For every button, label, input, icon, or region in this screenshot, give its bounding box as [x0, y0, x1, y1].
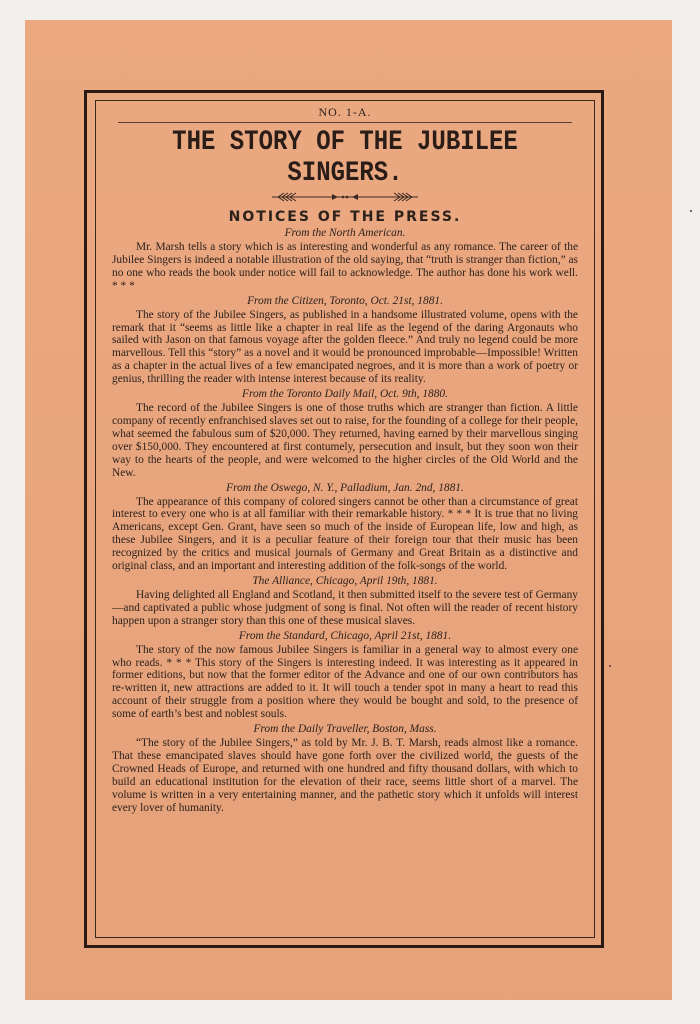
- notice-source: From the Standard, Chicago, April 21st, …: [112, 629, 578, 643]
- top-rule: [118, 122, 572, 123]
- ink-spot: [690, 210, 692, 212]
- notice-source: The Alliance, Chicago, April 19th, 1881.: [112, 574, 578, 588]
- notice-north-american: From the North American. Mr. Marsh tells…: [112, 226, 578, 293]
- notice-alliance-chicago: The Alliance, Chicago, April 19th, 1881.…: [112, 574, 578, 628]
- notice-text: “The story of the Jubilee Singers,” as t…: [112, 737, 578, 814]
- notice-text: Having delighted all England and Scotlan…: [112, 589, 578, 628]
- notice-source: From the Citizen, Toronto, Oct. 21st, 18…: [112, 294, 578, 308]
- ink-spot: [609, 665, 611, 667]
- notice-standard-chicago: From the Standard, Chicago, April 21st, …: [112, 629, 578, 721]
- notice-source: From the North American.: [112, 226, 578, 240]
- notice-text: Mr. Marsh tells a story which is as inte…: [112, 241, 578, 293]
- arrow-divider-icon: [112, 191, 578, 203]
- notice-daily-traveller: From the Daily Traveller, Boston, Mass. …: [112, 722, 578, 814]
- notice-source: From the Oswego, N. Y., Palladium, Jan. …: [112, 481, 578, 495]
- notice-toronto-daily-mail: From the Toronto Daily Mail, Oct. 9th, 1…: [112, 387, 578, 479]
- issue-number: NO. 1-A.: [112, 105, 578, 120]
- notice-source: From the Toronto Daily Mail, Oct. 9th, 1…: [112, 387, 578, 401]
- notice-text: The appearance of this company of colore…: [112, 496, 578, 573]
- notice-text: The record of the Jubilee Singers is one…: [112, 402, 578, 479]
- document-content: NO. 1-A. THE STORY OF THE JUBILEE SINGER…: [112, 100, 578, 815]
- notice-oswego-palladium: From the Oswego, N. Y., Palladium, Jan. …: [112, 481, 578, 573]
- notice-source: From the Daily Traveller, Boston, Mass.: [112, 722, 578, 736]
- notice-text: The story of the Jubilee Singers, as pub…: [112, 309, 578, 386]
- notice-citizen-toronto: From the Citizen, Toronto, Oct. 21st, 18…: [112, 294, 578, 386]
- section-heading: NOTICES OF THE PRESS.: [112, 209, 578, 225]
- notice-text: The story of the now famous Jubilee Sing…: [112, 644, 578, 721]
- page-title: THE STORY OF THE JUBILEE SINGERS.: [112, 127, 578, 189]
